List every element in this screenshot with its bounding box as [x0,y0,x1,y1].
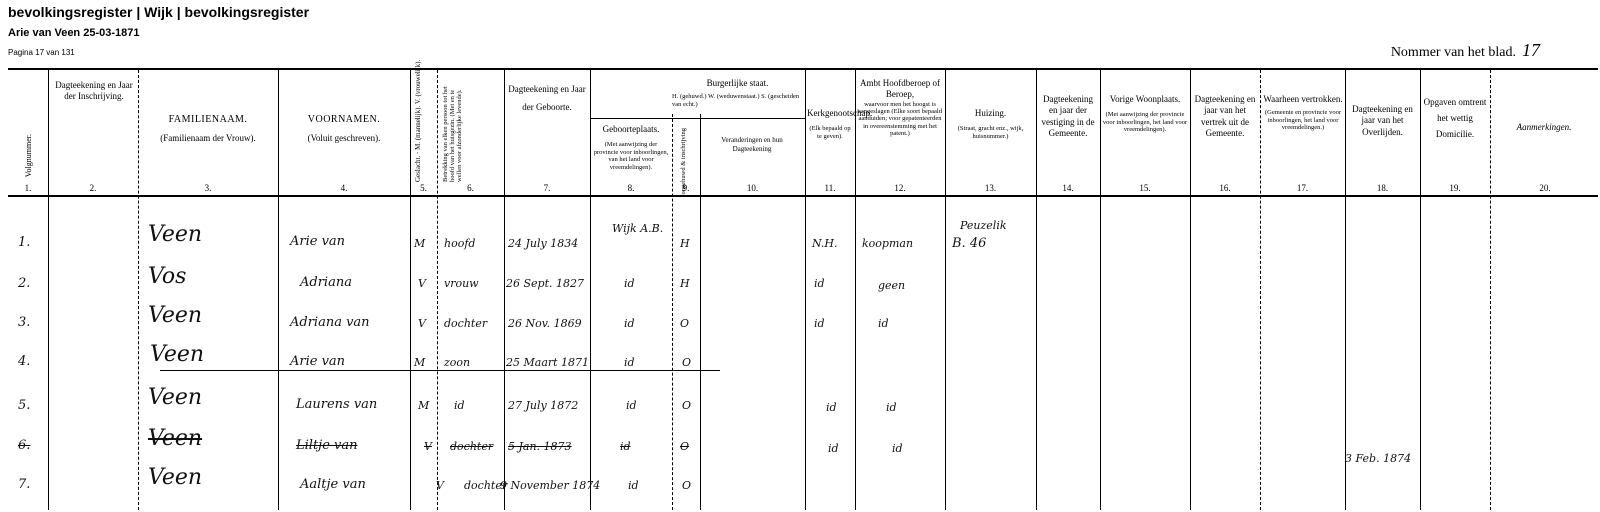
col-border [1190,70,1191,510]
col-num: 11. [805,183,855,193]
col-12-header: Ambt Hoofdberoep of Beroep, waarvoor men… [857,78,943,138]
col-14-title: Dagteekening en jaar der vestiging in de… [1038,94,1098,139]
burgerlijke-staat: O [682,356,691,369]
geboorteplaats: Wijk A.B. [612,222,663,235]
col-7-title: Dagteekening en Jaar der Geboorte. [506,80,588,116]
burgerlijke-staat: O [680,440,689,453]
col-9-header: Burgerlijke staat. H. (gehuwd.) W. (wedu… [672,78,803,108]
voornamen: Arie van [290,354,345,369]
col-3-header: FAMILIENAAM. (Familienaam der Vrouw). [140,114,276,144]
col-15-title: Vorige Woonplaats. [1102,94,1188,105]
geboorteplaats: id [626,399,637,412]
sheet-number: Nommer van het blad.17 [1391,40,1540,61]
col-border [1100,70,1101,510]
col-11-title: Kerkgenootschap. [807,108,853,119]
col-border [1260,70,1261,510]
familienaam: Veen [148,222,202,247]
col-num: 3. [138,183,278,193]
col-border [1345,70,1346,510]
voornamen: Adriana [300,275,352,290]
col-border [590,70,591,510]
geslacht: M [414,356,425,369]
beroep: koopman [862,237,913,250]
geboortedatum: 27 July 1872 [508,399,578,412]
col-num: 19. [1420,183,1490,193]
familienaam: Vos [148,264,186,289]
col-12-title: Ambt Hoofdberoep of Beroep, [857,78,943,101]
col-num: 12. [855,183,945,193]
beroep: id [878,317,889,330]
geslacht: V [436,479,444,492]
col-8-header: Geboorteplaats. (Met aanwijzing der prov… [592,124,670,171]
col-border [805,70,806,510]
sheet-number-label: Nommer van het blad. [1391,45,1516,60]
col-12-sub: waarvoor men het hoogst is aangeslagen (… [857,101,943,138]
col-15-header: Vorige Woonplaats. (Met aanwijzing der p… [1102,94,1188,134]
col-num: 5. [410,183,437,193]
col-2-title: Dagteekening en Jaar der Inschrijving. [52,80,136,103]
top-rule [8,68,1598,70]
betrekking: vrouw [444,277,479,290]
col-num: 8. [590,183,672,193]
col-8-title: Geboorteplaats. [592,124,670,135]
col-border [1036,70,1037,510]
geboorteplaats: id [620,440,631,453]
row-number: 7. [18,477,30,492]
page-title: bevolkingsregister | Wijk | bevolkingsre… [8,4,309,20]
voornamen: Adriana van [290,315,370,330]
col-19-title: Opgaven omtrent het wettig Domicilie. [1422,94,1488,143]
col-border [672,114,673,510]
beroep: id [886,401,897,414]
col-10-title: Veranderingen en hun Dagteekening [702,136,802,154]
betrekking: dochter [450,440,493,453]
col-17-sub: (Gemeente en provincie voor inboorlingen… [1262,109,1344,131]
col-num: 13. [945,183,1036,193]
col-num: 2. [48,183,138,193]
col-11-sub: (Elk bepaald op te geven). [807,125,853,140]
overlijden: 3 Feb. 1874 [1345,452,1411,465]
col-4-title: VOORNAMEN. [280,114,408,127]
familienaam: Veen [150,342,204,367]
huizing-nummer: B. 46 [952,236,986,251]
col9-divider [590,118,805,119]
familienaam: Veen [148,385,202,410]
row-number: 3. [18,315,30,330]
geboortedatum: 26 Nov. 1869 [508,317,582,330]
col-16-title: Dagteekening en jaar van het vertrek uit… [1192,94,1258,139]
row-number: 4. [18,354,30,369]
col-border [504,70,505,510]
col-num: 14. [1036,183,1100,193]
betrekking: id [454,399,465,412]
col-border [945,70,946,510]
col-15-sub: (Met aanwijzing der provincie voor inboo… [1102,111,1188,133]
sheet-number-value: 17 [1522,40,1540,60]
col-18-title: Dagteekening en jaar van het Overlijden. [1347,104,1418,138]
col-num: 15. [1100,183,1190,193]
col-border [1490,70,1491,510]
col-num: 6. [437,183,504,193]
burgerlijke-staat: H [680,237,690,250]
col-4-header: VOORNAMEN. (Voluit geschreven). [280,114,408,144]
col-9-title: Burgerlijke staat. [672,78,803,89]
betrekking: hoofd [444,237,475,250]
col-9-sub: H. (gehuwd.) W. (weduwenstaat.) S. (gesc… [672,93,803,108]
col-6-title: Betrekking van elken persoon tot het hoo… [442,74,502,182]
betrekking: dochter [444,317,487,330]
col-20-title: Aanmerkingen. [1492,122,1596,133]
row-number: 2. [18,276,30,291]
kerkgenootschap: id [814,317,825,330]
col-13-title: Huizing. [947,108,1034,119]
col-num: 10. [700,183,805,193]
col-border [278,70,279,510]
col-13-sub: (Straat, gracht enz., wijk, huisnummer.) [947,125,1034,140]
col-num: 16. [1190,183,1260,193]
col-num: 9. [672,183,700,193]
header-bottom-rule [8,195,1598,197]
col-num: 18. [1345,183,1420,193]
familienaam: Veen [148,426,202,451]
beroep: geen [878,279,905,292]
row-number: 5. [18,398,30,413]
voornamen: Laurens van [296,397,377,412]
burgerlijke-staat: H [680,277,690,290]
voornamen: Aaltje van [300,477,366,492]
col-num: 20. [1490,183,1600,193]
strikethrough-line [160,370,720,371]
burgerlijke-staat: O [682,399,691,412]
row-number: 1. [18,235,30,250]
col-1-title: Volgnummer. [24,134,33,177]
col-border [1420,70,1421,510]
geboortedatum: 25 Maart 1871 [506,356,589,369]
betrekking: zoon [444,356,470,369]
kerkgenootschap: id [828,442,839,455]
geboortedatum: 24 July 1834 [508,237,578,250]
geboortedatum: 5 Jan. 1873 [508,440,572,453]
row-number: 6. [18,438,30,453]
kerkgenootschap: N.H. [812,237,838,250]
geboortedatum: 26 Sept. 1827 [506,277,584,290]
voornamen: Liltje van [296,438,358,453]
col-17-header: Waarheen vertrokken. (Gemeente en provin… [1262,94,1344,132]
geboorteplaats: id [624,277,635,290]
kerkgenootschap: id [814,277,825,290]
geboortedatum: 9 November 1874 [500,479,600,492]
col-border [855,70,856,510]
geboorteplaats: id [624,317,635,330]
col-border [48,70,49,510]
familienaam: Veen [148,303,202,328]
col-num: 7. [504,183,590,193]
col-13-header: Huizing. (Straat, gracht enz., wijk, hui… [947,108,1034,140]
col-border [138,70,139,510]
col-11-header: Kerkgenootschap. (Elk bepaald op te geve… [807,108,853,140]
col-border [437,70,438,510]
col-3-title: FAMILIENAAM. [140,114,276,127]
geslacht: V [424,440,432,453]
page-indicator: Pagina 17 van 131 [8,48,75,57]
geboorteplaats: id [624,356,635,369]
col-5-title: Geslacht. · M. (mannelijk). V. (vrouweli… [414,74,422,182]
voornamen: Arie van [290,234,345,249]
burgerlijke-staat: O [682,479,691,492]
col-num: 1. [8,183,48,193]
beroep: id [892,442,903,455]
geslacht: V [418,317,426,330]
record-subtitle: Arie van Veen 25-03-1871 [8,27,139,39]
burgerlijke-staat: O [680,317,689,330]
familienaam: Veen [148,465,202,490]
geslacht: V [418,277,426,290]
col-4-sub: (Voluit geschreven). [280,133,408,144]
kerkgenootschap: id [826,401,837,414]
col-border [410,70,411,510]
col-8-sub: (Met aanwijzing der provincie voor inboo… [592,141,670,171]
huizing-straat: Peuzelik [960,219,1007,232]
geboorteplaats: id [628,479,639,492]
col-num: 4. [278,183,410,193]
col-num: 17. [1260,183,1345,193]
geslacht: M [418,399,429,412]
col-17-title: Waarheen vertrokken. [1262,94,1344,105]
geslacht: M [414,237,425,250]
col-border [700,114,701,510]
col-3-sub: (Familienaam der Vrouw). [140,133,276,144]
register-scan: Volgnummer. Dagteekening en Jaar der Ins… [0,64,1600,512]
